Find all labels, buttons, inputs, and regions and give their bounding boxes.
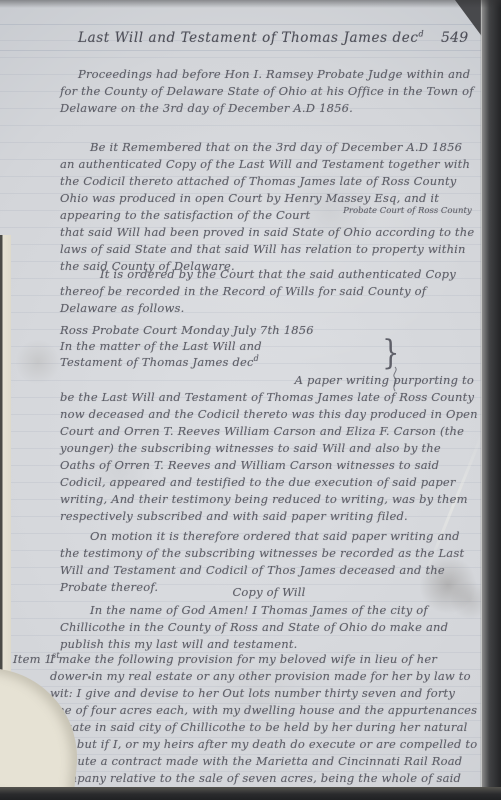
ledger-page: Last Will and Testament of Thomas James … <box>0 0 501 800</box>
probate-body: be the Last Will and Testament of Thomas… <box>60 389 478 525</box>
paragraph-ordered: It is ordered by the Court that the said… <box>60 266 478 317</box>
caption-matter-line2-text: Testament of Thomas James dec <box>60 355 254 369</box>
item1-label: Item 1st <box>13 651 61 668</box>
page-title-superscript: d <box>419 30 425 39</box>
interlined-note: Probate Court of Ross County <box>313 207 472 215</box>
item1-label-text: Item 1 <box>13 652 52 666</box>
header-rule-bottom <box>0 50 483 51</box>
item1-label-superscript: st <box>52 651 60 660</box>
paragraph-remembered: Be it Remembered that on the 3rd day of … <box>60 139 478 275</box>
caption-court-line: Ross Probate Court Monday July 7th 1856 <box>60 322 400 338</box>
will-preamble: In the name of God Amen! I Thomas James … <box>60 602 478 653</box>
caption-matter-line2-superscript: d <box>254 354 259 363</box>
will-heading: Copy of Will <box>60 584 478 601</box>
photo-edge-top <box>0 0 501 8</box>
probate-lead-in: A paper writing purporting to <box>60 372 478 389</box>
caption-matter-line2: Testament of Thomas James decd <box>60 354 400 370</box>
caption-matter-line1: In the matter of the Last Will and <box>60 338 400 354</box>
paragraph-probate: A paper writing purporting to be the Las… <box>60 372 478 525</box>
header-rule-top <box>0 24 483 25</box>
photo-edge-bottom <box>0 787 501 800</box>
page-title-text: Last Will and Testament of Thomas James … <box>78 30 419 46</box>
photo-edge-right <box>480 0 501 800</box>
paragraph-proceedings: Proceedings had before Hon I. Ramsey Pro… <box>60 66 478 117</box>
case-caption: Ross Probate Court Monday July 7th 1856 … <box>60 322 400 370</box>
page-title: Last Will and Testament of Thomas James … <box>78 30 424 47</box>
caption-brace: } <box>382 338 399 368</box>
item1-text: I make the following provision for my be… <box>50 651 478 800</box>
